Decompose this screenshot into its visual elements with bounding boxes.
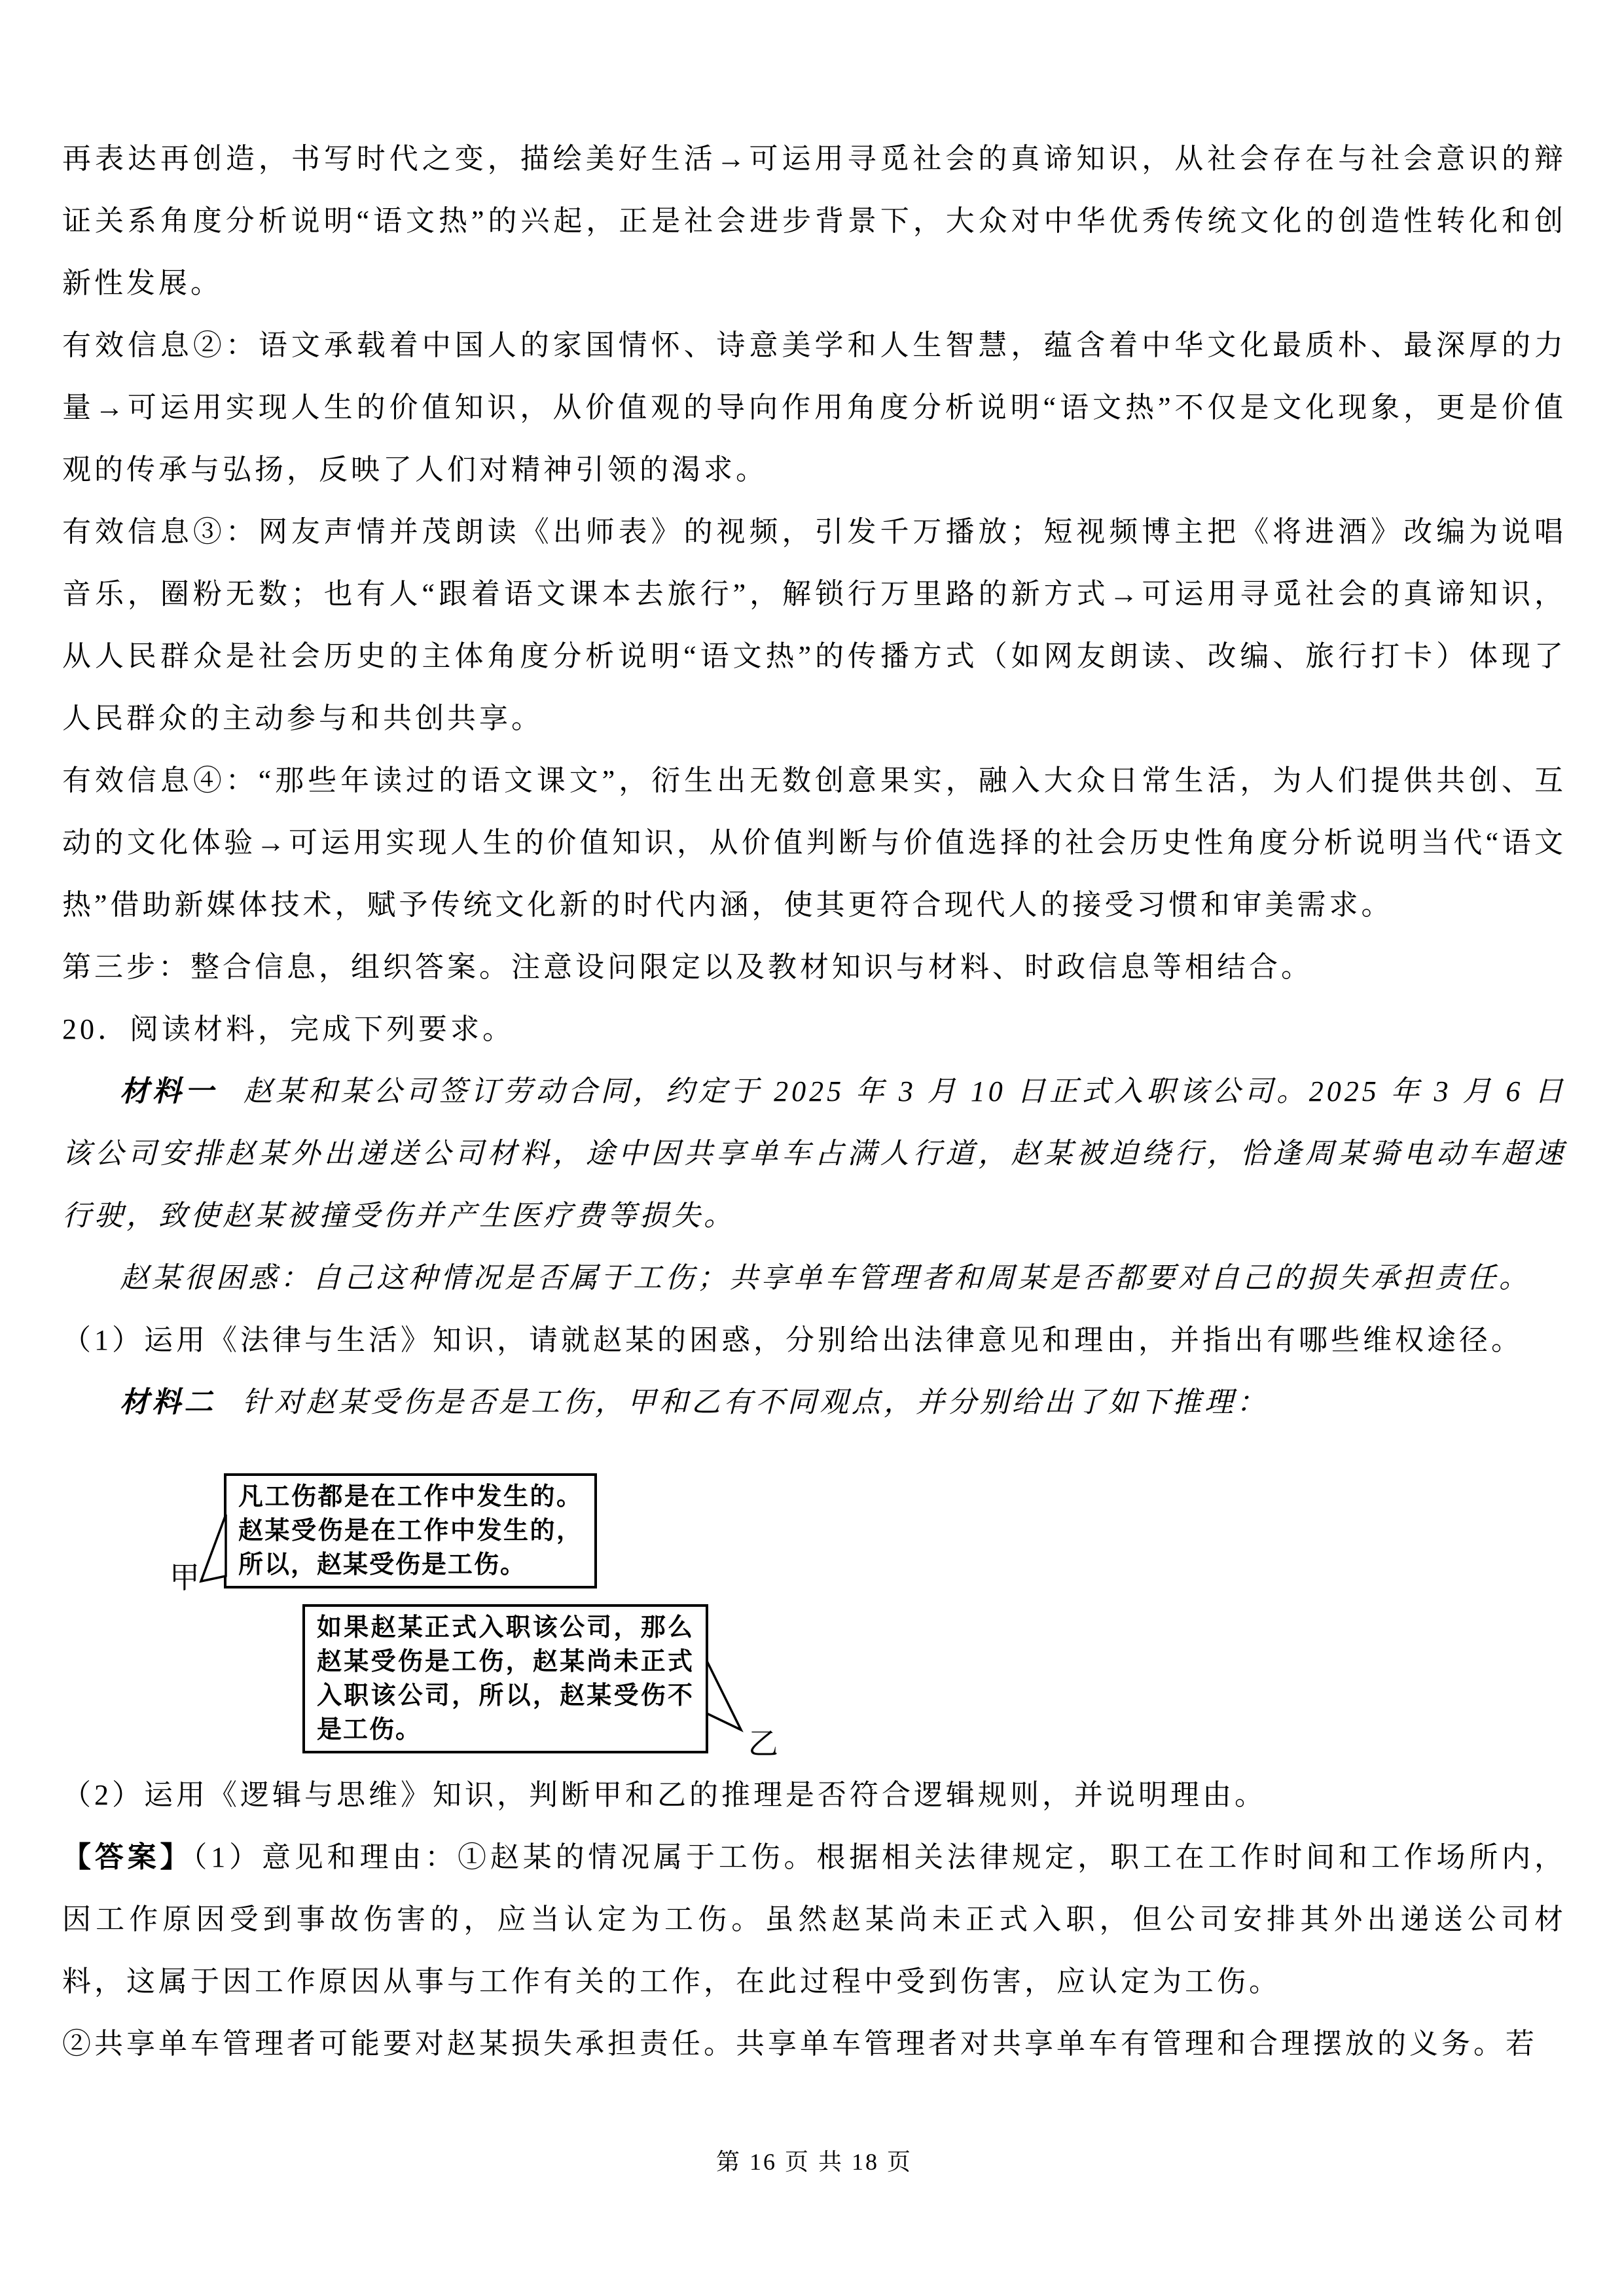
material-1-label: 材料一 [120, 1075, 217, 1107]
answer-paragraph-1: 【答案】（1）意见和理由：①赵某的情况属于工伤。根据相关法律规定，职工在工作时间… [62, 1826, 1566, 2013]
speech-bubble-jia-tail-icon [196, 1511, 228, 1586]
material-1-paragraph: 材料一赵某和某公司签订劳动合同，约定于 2025 年 3 月 10 日正式入职该… [62, 1060, 1566, 1247]
speech-bubble-jia: 凡工伤都是在工作中发生的。赵某受伤是在工作中发生的，所以，赵某受伤是工伤。 [224, 1473, 597, 1588]
question-20-part1: （1）运用《法律与生活》知识，请就赵某的困惑，分别给出法律意见和理由，并指出有哪… [62, 1309, 1566, 1371]
question-20-part2: （2）运用《逻辑与思维》知识，判断甲和乙的推理是否符合逻辑规则，并说明理由。 [62, 1764, 1566, 1826]
paragraph-info-2: 有效信息②：语文承载着中国人的家国情怀、诗意美学和人生智慧，蕴含着中华文化最质朴… [62, 314, 1566, 501]
speaker-jia-label: 甲 [170, 1562, 200, 1594]
speaker-yi-label: 乙 [748, 1728, 778, 1761]
material-2-label: 材料二 [120, 1386, 216, 1418]
answer-label: 【答案】 [62, 1841, 192, 1873]
answer-part1-text: （1）意见和理由：①赵某的情况属于工伤。根据相关法律规定，职工在工作时间和工作场… [62, 1841, 1566, 1998]
paragraph-info-3: 有效信息③：网友声情并茂朗读《出师表》的视频，引发千万播放；短视频博主把《将进酒… [62, 501, 1566, 749]
speech-bubble-yi-tail-icon [703, 1656, 749, 1738]
question-20-stem: 20．阅读材料，完成下列要求。 [62, 998, 1566, 1060]
answer-paragraph-2: ②共享单车管理者可能要对赵某损失承担责任。共享单车管理者对共享单车有管理和合理摆… [62, 2013, 1566, 2075]
material-2-text: 针对赵某受伤是否是工伤，甲和乙有不同观点，并分别给出了如下推理： [242, 1386, 1269, 1418]
page-footer: 第 16 页 共 18 页 [62, 2144, 1566, 2177]
material-1-text: 赵某和某公司签订劳动合同，约定于 2025 年 3 月 10 日正式入职该公司。… [62, 1075, 1566, 1232]
paragraph-step-3: 第三步：整合信息，组织答案。注意设问限定以及教材知识与材料、时政信息等相结合。 [62, 936, 1566, 998]
reasoning-diagram: 凡工伤都是在工作中发生的。赵某受伤是在工作中发生的，所以，赵某受伤是工伤。 甲 … [62, 1433, 1566, 1764]
paragraph-info-4: 有效信息④：“那些年读过的语文课文”，衍生出无数创意果实，融入大众日常生活，为人… [62, 749, 1566, 936]
document-page: 再表达再创造，书写时代之变，描绘美好生活→可运用寻觅社会的真谛知识，从社会存在与… [0, 0, 1624, 2296]
speech-bubble-yi: 如果赵某正式入职该公司，那么赵某受伤是工伤，赵某尚未正式入职该公司，所以，赵某受… [302, 1604, 708, 1753]
paragraph-analysis-continued: 再表达再创造，书写时代之变，描绘美好生活→可运用寻觅社会的真谛知识，从社会存在与… [62, 128, 1566, 314]
material-2-paragraph: 材料二针对赵某受伤是否是工伤，甲和乙有不同观点，并分别给出了如下推理： [62, 1371, 1566, 1433]
puzzle-paragraph: 赵某很困惑：自己这种情况是否属于工伤；共享单车管理者和周某是否都要对自己的损失承… [62, 1247, 1566, 1309]
